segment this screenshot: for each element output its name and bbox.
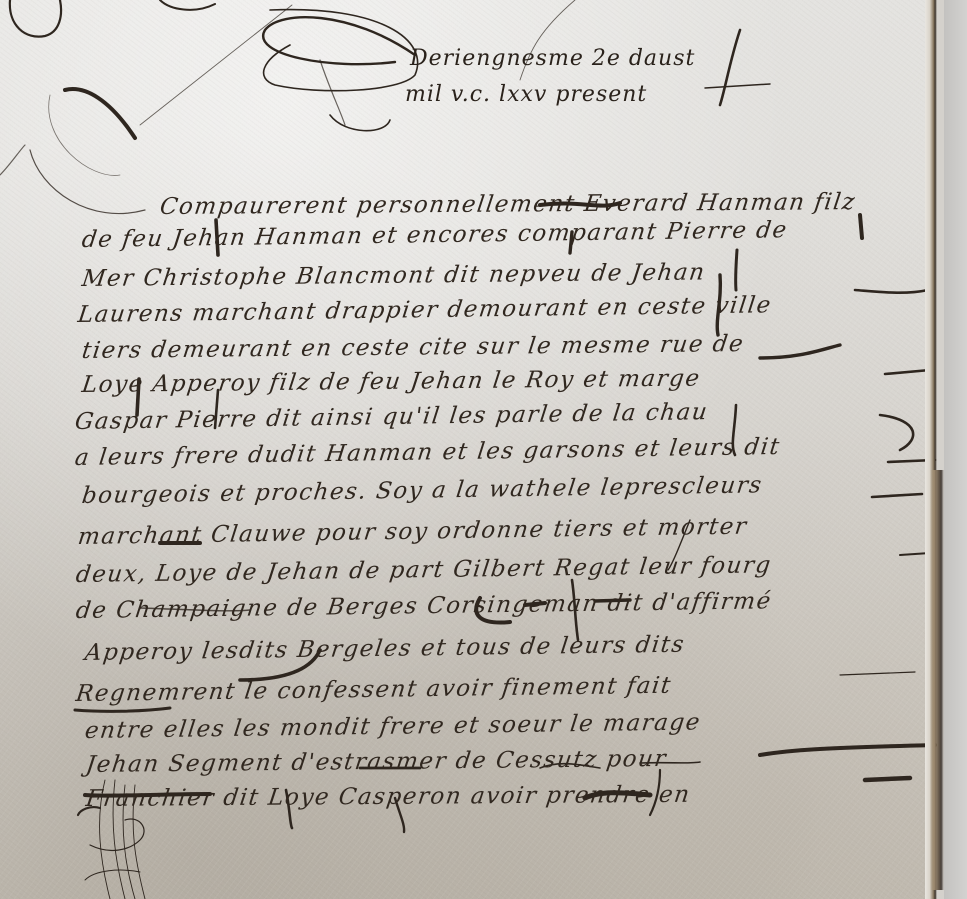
frayed-edge (930, 470, 944, 890)
body-line-9: bourgeois et proches. Soy a la wathele l… (80, 472, 764, 509)
table-backdrop (944, 0, 967, 899)
body-line-3: Mer Christophe Blancmont dit nepveu de J… (80, 259, 707, 292)
heading-line-1: Deriengnesme 2e daust (410, 46, 695, 71)
body-line-17: Franchier dit Loye Casperon avoir prendr… (84, 782, 692, 812)
manuscript-photo: Deriengnesme 2e daust mil v.c. lxxv pres… (0, 0, 967, 899)
heading-line-2: mil v.c. lxxv present (405, 82, 647, 107)
body-line-8: a leurs frere dudit Hanman et les garson… (73, 434, 782, 471)
body-line-14: Regnemrent le confessent avoir finement … (74, 673, 673, 707)
body-line-2: de feu Jehan Hanman et encores comparant… (80, 217, 789, 253)
body-line-4: Laurens marchant drappier demourant en c… (76, 292, 773, 328)
body-line-6: Loye Apperoy filz de feu Jehan le Roy et… (80, 366, 702, 398)
body-line-13: Apperoy lesdits Bergeles et tous de leur… (83, 632, 686, 666)
body-line-5: tiers demeurant en ceste cite sur le mes… (80, 331, 746, 364)
body-line-15: entre elles les mondit frere et soeur le… (83, 709, 702, 744)
body-line-16: Jehan Segment d'estrasmer de Cessutz pou… (84, 746, 668, 778)
paper-page: Deriengnesme 2e daust mil v.c. lxxv pres… (0, 0, 935, 899)
body-line-12: de Champaigne de Berges Corsingeman dit … (74, 588, 773, 624)
body-line-10: marchant Clauwe pour soy ordonne tiers e… (76, 514, 749, 550)
body-line-11: deux, Loye de Jehan de part Gilbert Rega… (74, 552, 773, 588)
body-line-1: Compaurerent personnellement Everard Han… (158, 189, 892, 220)
body-line-7: Gaspar Pierre dit ainsi qu'il les parle … (73, 399, 709, 435)
